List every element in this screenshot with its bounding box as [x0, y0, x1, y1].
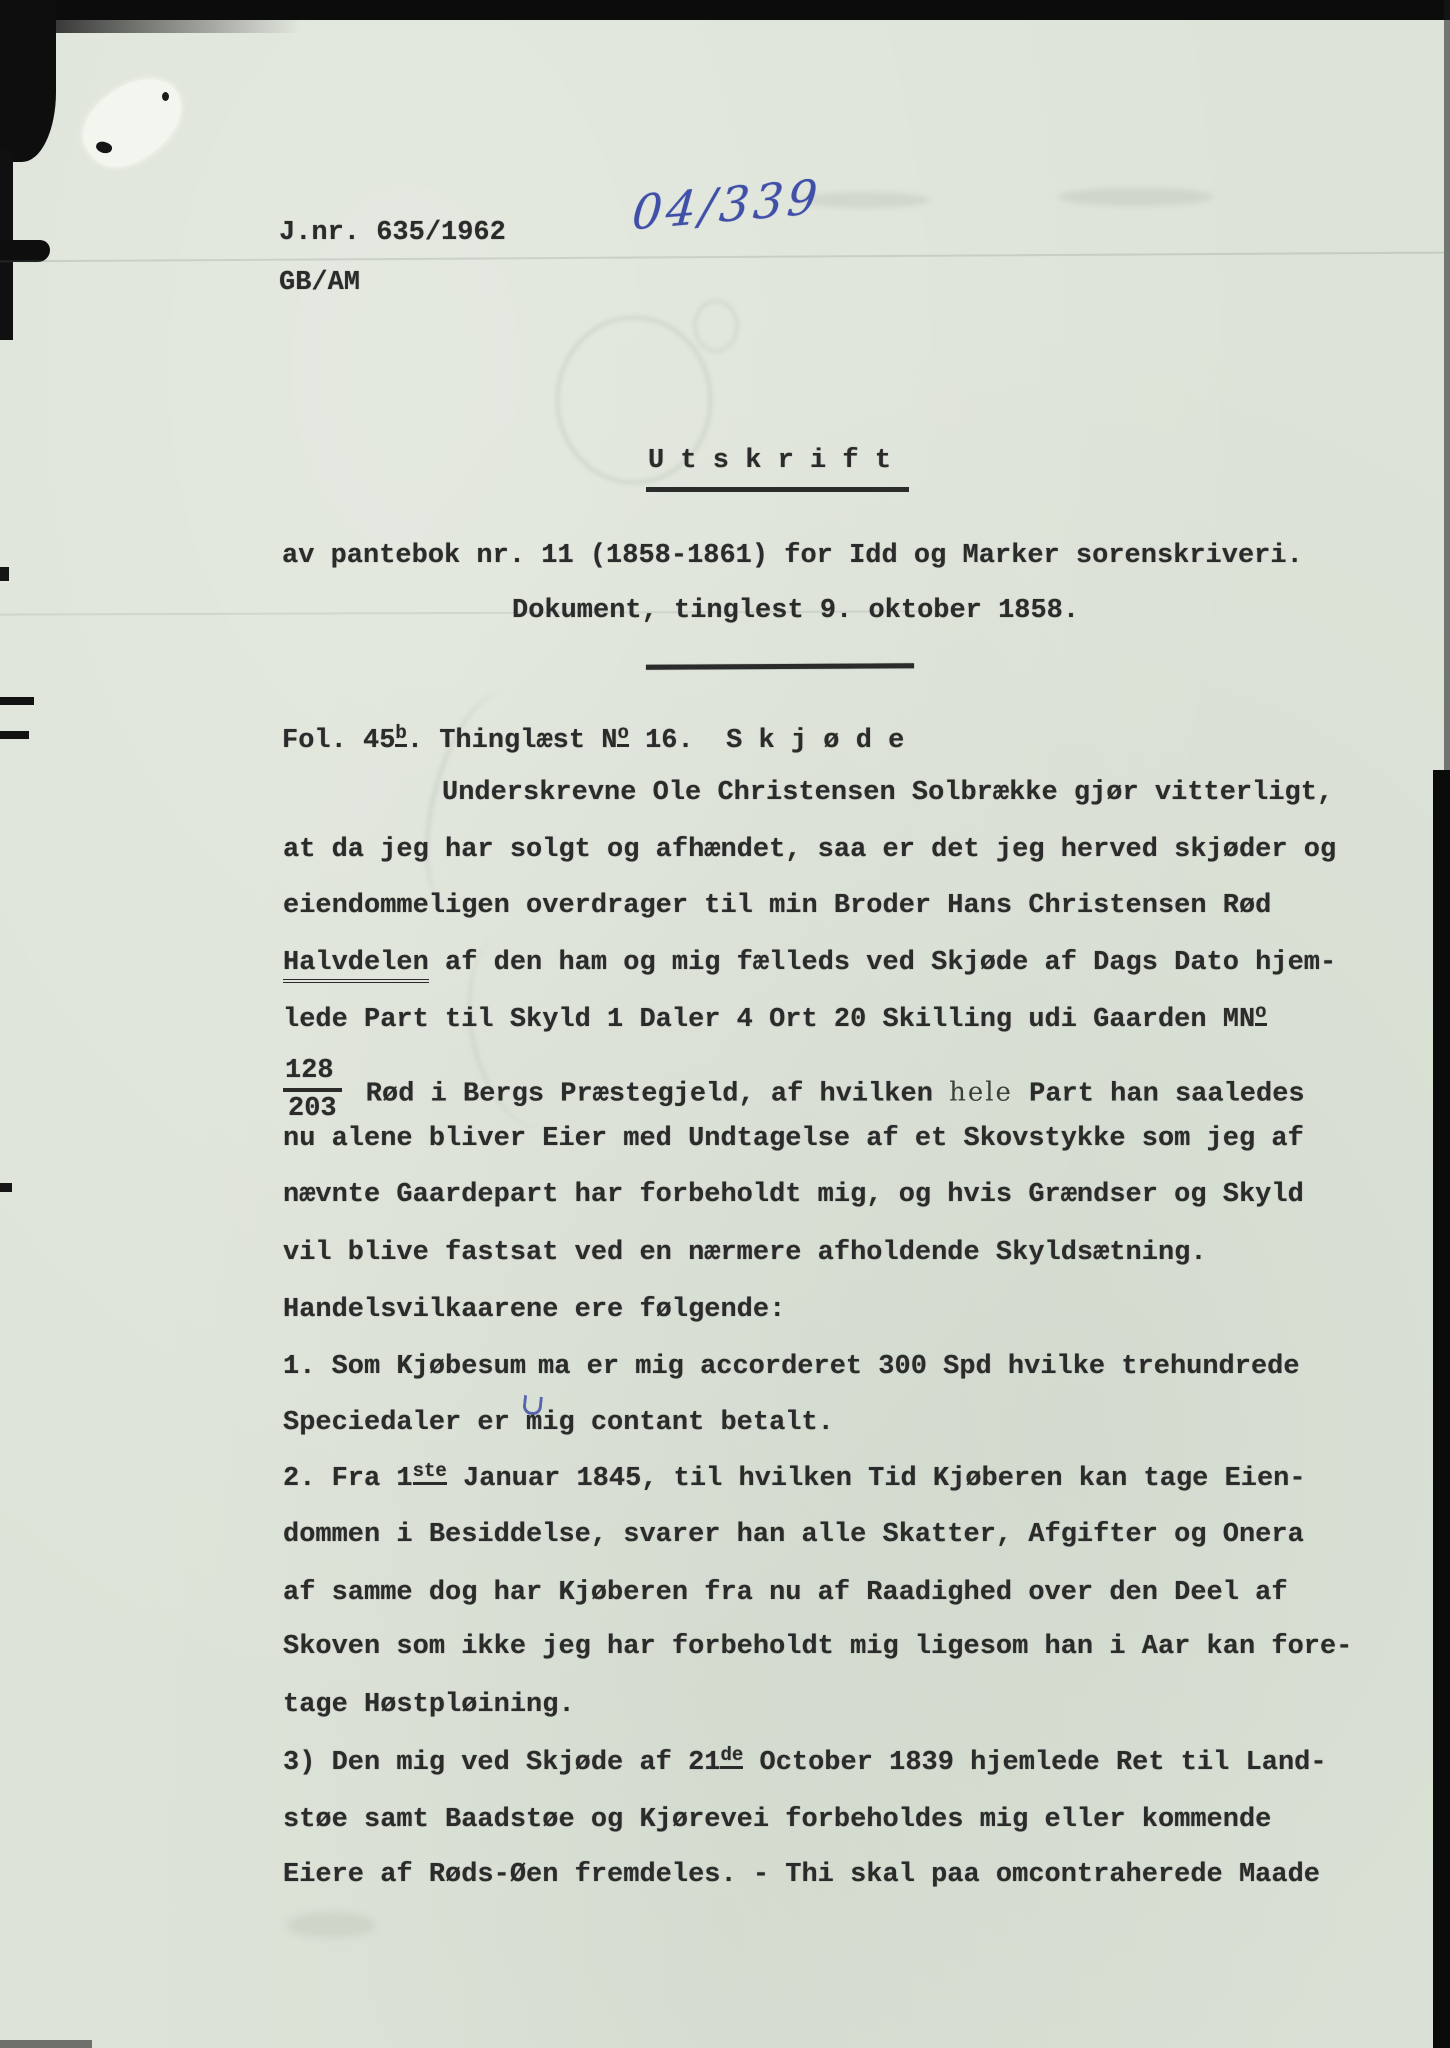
subtitle-line: Dokument, tinglest 9. oktober 1858.: [512, 596, 1079, 627]
text-run: Underskrevne Ole Christensen Solbrække g…: [442, 778, 1333, 808]
body-line: støe samt Baadstøe og Kjørevei forbehold…: [283, 1805, 1271, 1836]
text-run: . Thinglæst N: [407, 726, 618, 756]
body-line: Halvdelen af den ham og mig fælleds ved …: [283, 948, 1336, 979]
text-run: 2. Fra 1: [283, 1464, 413, 1494]
text-run: støe samt Baadstøe og Kjørevei forbehold…: [283, 1805, 1271, 1835]
body-line: 3) Den mig ved Skjøde af 21de October 18…: [283, 1748, 1327, 1779]
body-line: eiendommeligen overdrager til min Broder…: [283, 891, 1271, 922]
body-line: Speciedaler er mig contant betalt.: [283, 1408, 834, 1439]
text-run: vil blive fastsat ved en nærmere afholde…: [283, 1238, 1207, 1268]
body-line: Eiere af Røds-Øen fremdeles. - Thi skal …: [283, 1860, 1320, 1891]
text-run: U t s k r i f t: [648, 446, 891, 476]
text-run: at da jeg har solgt og afhændet, saa er …: [283, 835, 1336, 865]
superscript: b: [395, 724, 406, 747]
text-run: October 1839 hjemlede Ret til Land-: [743, 1748, 1326, 1778]
section-divider: [646, 663, 914, 669]
text-run: Januar 1845, til hvilken Tid Kjøberen ka…: [447, 1464, 1306, 1494]
text-run: Dokument, tinglest 9. oktober 1858.: [512, 596, 1079, 626]
body-line: lede Part til Skyld 1 Daler 4 Ort 20 Ski…: [283, 1005, 1267, 1036]
subtitle-line: av pantebok nr. 11 (1858-1861) for Idd o…: [282, 541, 1303, 572]
body-line: tage Høstpløining.: [283, 1690, 575, 1721]
body-line: dommen i Besiddelse, svarer han alle Ska…: [283, 1520, 1304, 1551]
body-line: 1. Som Kjøbesumma er mig accorderet 300 …: [283, 1352, 1300, 1383]
body-line: 128203 Rød i Bergs Præstegjeld, af hvilk…: [283, 1060, 1305, 1127]
text-run: Speciedaler er mig contant betalt.: [283, 1408, 834, 1438]
paper-smudge: [1058, 188, 1213, 206]
text-run: J.nr. 635/1962: [279, 218, 506, 248]
body-line: Underskrevne Ole Christensen Solbrække g…: [442, 778, 1333, 809]
scan-edge-right-lower: [1433, 770, 1450, 2048]
body-line: at da jeg har solgt og afhændet, saa er …: [283, 835, 1336, 866]
document-title: U t s k r i f t: [646, 446, 909, 492]
text-run: nævnte Gaardepart har forbeholdt mig, og…: [283, 1180, 1304, 1210]
scan-artifact: [0, 731, 29, 739]
body-line: 2. Fra 1ste Januar 1845, til hvilken Tid…: [283, 1464, 1306, 1495]
text-run: dommen i Besiddelse, svarer han alle Ska…: [283, 1520, 1304, 1550]
fraction: 128203: [283, 1057, 342, 1124]
text-run: 16. S k j ø d e: [629, 726, 904, 756]
superscript: de: [720, 1746, 743, 1769]
body-line: Skoven som ikke jeg har forbeholdt mig l…: [283, 1632, 1352, 1663]
typist-initials: GB/AM: [279, 268, 360, 299]
text-run: 1. Som Kjøbesum: [283, 1352, 526, 1382]
superscript: o: [617, 724, 628, 747]
text-run: af samme dog har Kjøberen fra nu af Raad…: [283, 1578, 1288, 1608]
journal-number: J.nr. 635/1962: [279, 218, 506, 249]
scanned-document-page: 04/339 J.nr. 635/1962GB/AMU t s k r i f …: [0, 0, 1450, 2048]
scan-edge-right-upper: [1444, 0, 1450, 780]
insertion-caret-mark: [526, 1372, 538, 1373]
scan-artifact: [0, 240, 50, 262]
text-run: eiendommeligen overdrager til min Broder…: [283, 891, 1271, 921]
text-run: Handelsvilkaarene ere følgende:: [283, 1295, 785, 1325]
text-run: GB/AM: [279, 268, 360, 298]
text-run: Rød i Bergs Præstegjeld, af hvilken: [350, 1079, 950, 1109]
ink-speck: [162, 92, 169, 101]
body-line: nævnte Gaardepart har forbeholdt mig, og…: [283, 1180, 1304, 1211]
text-run: Fol. 45: [282, 726, 395, 756]
body-line: af samme dog har Kjøberen fra nu af Raad…: [283, 1578, 1288, 1609]
folio-heading: Fol. 45b. Thinglæst No 16. S k j ø d e: [282, 726, 904, 757]
stamp-ghost-ring: [694, 300, 738, 352]
body-line: vil blive fastsat ved en nærmere afholde…: [283, 1238, 1207, 1269]
paper-stain: [286, 1912, 376, 1938]
text-run: ma er mig accorderet 300 Spd hvilke treh…: [538, 1352, 1300, 1382]
paper-fold-line: [0, 252, 1450, 263]
inserted-word: hele: [949, 1077, 1013, 1107]
superscript: o: [1255, 1003, 1266, 1026]
scan-corner-black: [0, 0, 56, 162]
text-run: av pantebok nr. 11 (1858-1861) for Idd o…: [282, 541, 1303, 571]
paper-tear-mark: [69, 61, 197, 182]
scan-artifact: [0, 697, 34, 705]
scan-artifact: [0, 567, 9, 581]
text-run: Skoven som ikke jeg har forbeholdt mig l…: [283, 1632, 1352, 1662]
fraction-numerator: 128: [283, 1057, 342, 1092]
scan-edge-top: [0, 0, 1450, 20]
body-line: nu alene bliver Eier med Undtagelse af e…: [283, 1124, 1304, 1155]
text-run: Part han saaledes: [1013, 1079, 1305, 1109]
handwritten-archive-number: 04/339: [630, 169, 824, 241]
underlined-word: Halvdelen: [283, 948, 429, 983]
superscript: ste: [413, 1462, 447, 1485]
text-run: Eiere af Røds-Øen fremdeles. - Thi skal …: [283, 1860, 1320, 1890]
body-line: Handelsvilkaarene ere følgende:: [283, 1295, 785, 1326]
text-run: 3) Den mig ved Skjøde af 21: [283, 1748, 720, 1778]
text-run: lede Part til Skyld 1 Daler 4 Ort 20 Ski…: [283, 1005, 1255, 1035]
scan-artifact: [0, 1183, 12, 1192]
scan-edge-bottom: [0, 2040, 92, 2048]
text-run: tage Høstpløining.: [283, 1690, 575, 1720]
text-run: nu alene bliver Eier med Undtagelse af e…: [283, 1124, 1304, 1154]
text-run: af den ham og mig fælleds ved Skjøde af …: [429, 948, 1336, 978]
fraction-denominator: 203: [283, 1092, 342, 1123]
